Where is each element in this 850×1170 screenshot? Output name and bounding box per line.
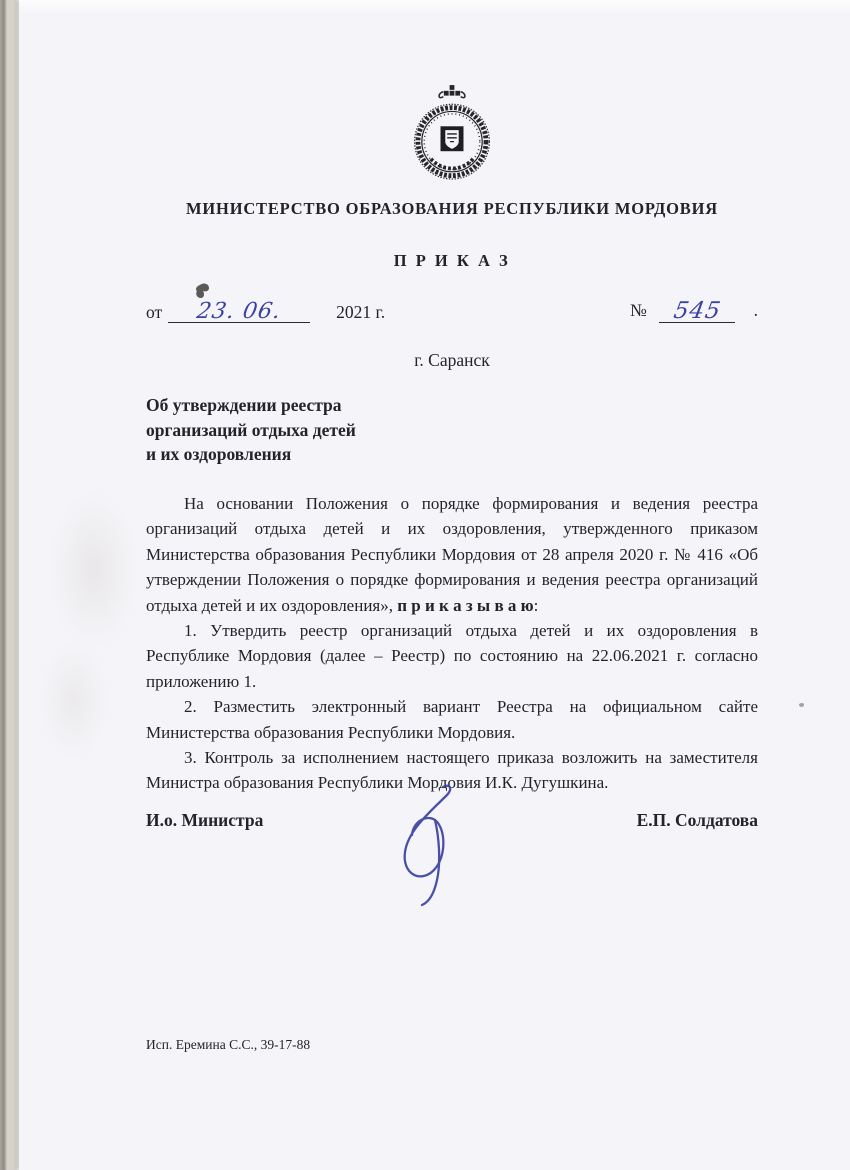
emblem-rosette — [439, 85, 465, 98]
paper-sheet: МИНИСТЕРСТВО ОБРАЗОВАНИЯ РЕСПУБЛИКИ МОРД… — [19, 0, 850, 1170]
body-paragraph-preamble: На основании Положения о порядке формиро… — [146, 491, 758, 618]
number-blank-line: 545 — [659, 296, 735, 323]
year-label: 2021 г. — [336, 302, 385, 323]
city-label: г. Саранск — [146, 350, 758, 371]
order-body: На основании Положения о порядке формиро… — [146, 491, 758, 796]
order-title: П Р И К А З — [146, 251, 758, 271]
signatory-position: И.о. Министра — [146, 810, 263, 831]
subject-line: Об утверждении реестра — [146, 393, 758, 418]
date-number-row: от 23. 06. 2021 г. № 545 . — [146, 296, 758, 323]
date-prefix: от — [146, 302, 162, 323]
scanned-page: { "colors": { "paper": "#f5f5f9", "scann… — [0, 0, 850, 1170]
signature-autograph — [386, 782, 468, 908]
emblem-container — [146, 84, 758, 182]
body-paragraph-item-1: 1. Утвердить реестр организаций отдыха д… — [146, 618, 758, 694]
number-trailing-dot: . — [754, 300, 758, 320]
handwritten-number: 545 — [672, 298, 723, 324]
coat-of-arms-mordovia-icon — [406, 84, 498, 182]
scan-smudge — [49, 490, 139, 650]
body-paragraph-item-2: 2. Разместить электронный вариант Реестр… — [146, 694, 758, 745]
prikazyvayu-emphasis: п р и к а з ы в а ю — [397, 596, 533, 615]
number-label: № — [630, 300, 647, 320]
date-group: от 23. 06. 2021 г. — [146, 297, 385, 323]
ink-blot-artifact — [191, 281, 217, 307]
executor-note: Исп. Еремина С.С., 39-17-88 — [146, 1037, 758, 1053]
scan-smudge — [39, 640, 109, 760]
number-group: № 545 . — [630, 296, 758, 323]
subject-line: организаций отдыха детей — [146, 418, 758, 443]
subject-block: Об утверждении реестра организаций отдых… — [146, 393, 758, 467]
ministry-name: МИНИСТЕРСТВО ОБРАЗОВАНИЯ РЕСПУБЛИКИ МОРД… — [146, 199, 758, 219]
preamble-colon: : — [534, 596, 539, 615]
date-blank-line: 23. 06. — [168, 297, 310, 323]
emblem-lower-band — [431, 159, 473, 169]
scan-speck — [799, 703, 804, 707]
subject-line: и их оздоровления — [146, 442, 758, 467]
signatory-name: Е.П. Солдатова — [637, 810, 758, 831]
